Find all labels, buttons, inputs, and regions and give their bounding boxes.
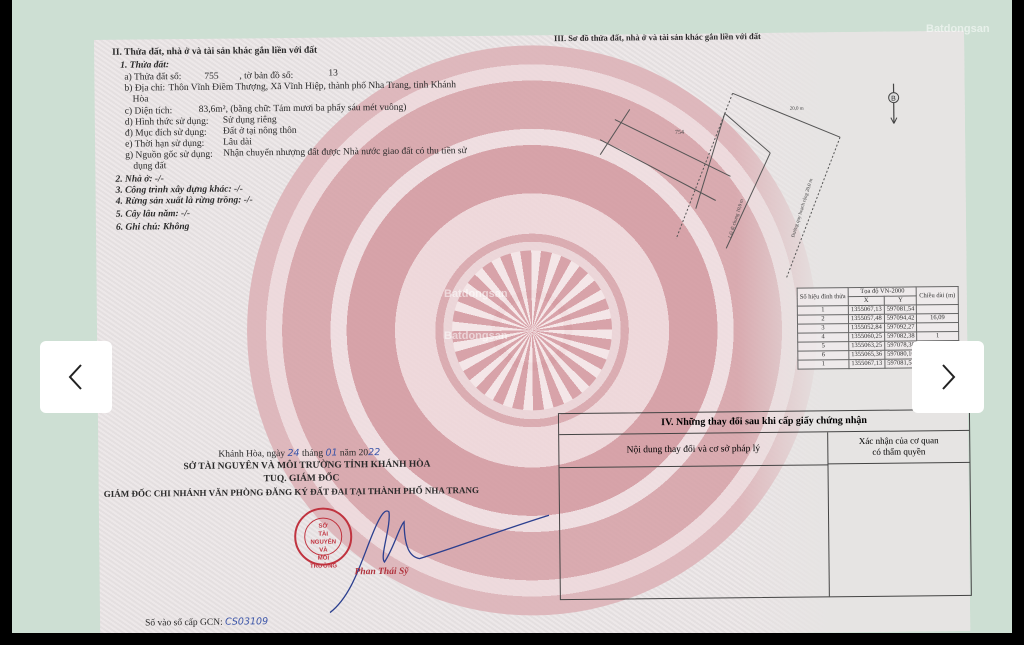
changes-col-confirm: Xác nhận của cơ quan có thẩm quyền	[828, 431, 969, 464]
map-sheet-label: , tờ bản đồ số:	[239, 71, 293, 83]
map-sheet-number: 13	[328, 68, 338, 79]
watermark-2: Batdongsan	[444, 330, 508, 342]
image-viewer: II. Thửa đất, nhà ở và tài sản khác gắn …	[12, 0, 1012, 633]
land-certificate-page: II. Thửa đất, nhà ở và tài sản khác gắn …	[94, 31, 970, 633]
svg-text:Đường quy hoạch rộng 20,0 m: Đường quy hoạch rộng 20,0 m	[791, 178, 814, 238]
svg-text:B: B	[891, 96, 896, 103]
house-item: 2. Nhà ở: -/-	[115, 174, 163, 186]
svg-text:20,0 m: 20,0 m	[790, 107, 804, 112]
north-arrow-icon: B	[887, 84, 901, 124]
date-line: Khánh Hòa, ngày 24 tháng 01 năm 2022	[218, 447, 380, 461]
purpose: Đất ở tại nông thôn	[223, 126, 297, 138]
prev-image-button[interactable]	[40, 341, 112, 413]
parcel-label: a) Thửa đất số:	[124, 72, 181, 84]
parcel-sketch: 754 20,0 m Lối đi chung 10,0 m Đường quy…	[595, 87, 857, 290]
chevron-right-icon	[938, 362, 958, 392]
address-label: b) Địa chỉ:	[124, 83, 165, 94]
perennial-item: 5. Cây lâu năm: -/-	[116, 209, 190, 221]
purpose-label: đ) Mục đích sử dụng:	[125, 128, 207, 140]
svg-text:Lối đi chung 10,0 m: Lối đi chung 10,0 m	[728, 199, 745, 239]
note-item: 6. Ghi chú: Không	[116, 222, 190, 234]
area-value: 83,6m², (bằng chữ: Tám mươi ba phẩy sáu …	[199, 103, 407, 116]
forest-item: 4. Rừng sản xuất là rừng trồng: -/-	[116, 195, 253, 207]
area-label: c) Diện tích:	[125, 106, 173, 117]
origin-label: g) Nguồn gốc sử dụng:	[125, 150, 213, 162]
address-line2: Hòa	[133, 94, 149, 105]
land-heading: 1. Thửa đất:	[120, 60, 169, 72]
origin-line2: dụng đất	[133, 161, 166, 172]
next-image-button[interactable]	[912, 341, 984, 413]
term: Lâu dài	[223, 137, 252, 148]
changes-table: IV. Những thay đổi sau khi cấp giấy chứn…	[558, 409, 972, 600]
term-label: e) Thời hạn sử dụng:	[125, 139, 204, 151]
registry-line: Số vào sổ cấp GCN: CS03109	[145, 616, 268, 629]
corner-watermark: Batdongsan	[926, 23, 990, 35]
usage-form-label: d) Hình thức sử dụng:	[125, 117, 209, 129]
section3-title: III. Sơ đồ thửa đất, nhà ở và tài sản kh…	[554, 31, 761, 44]
svg-text:754: 754	[675, 130, 684, 136]
changes-col-content: Nội dung thay đổi và cơ sở pháp lý	[559, 432, 828, 468]
signer-name: Phan Thái Sỹ	[355, 567, 409, 579]
usage-form: Sử dụng riêng	[223, 115, 277, 127]
signature-scribble	[299, 485, 560, 618]
chevron-left-icon	[66, 362, 86, 392]
watermark: Batdongsan	[444, 288, 508, 300]
on-behalf: TUQ. GIÁM ĐỐC	[264, 473, 340, 485]
parcel-number: 755	[204, 72, 218, 83]
section2-title: II. Thửa đất, nhà ở và tài sản khác gắn …	[112, 46, 317, 59]
